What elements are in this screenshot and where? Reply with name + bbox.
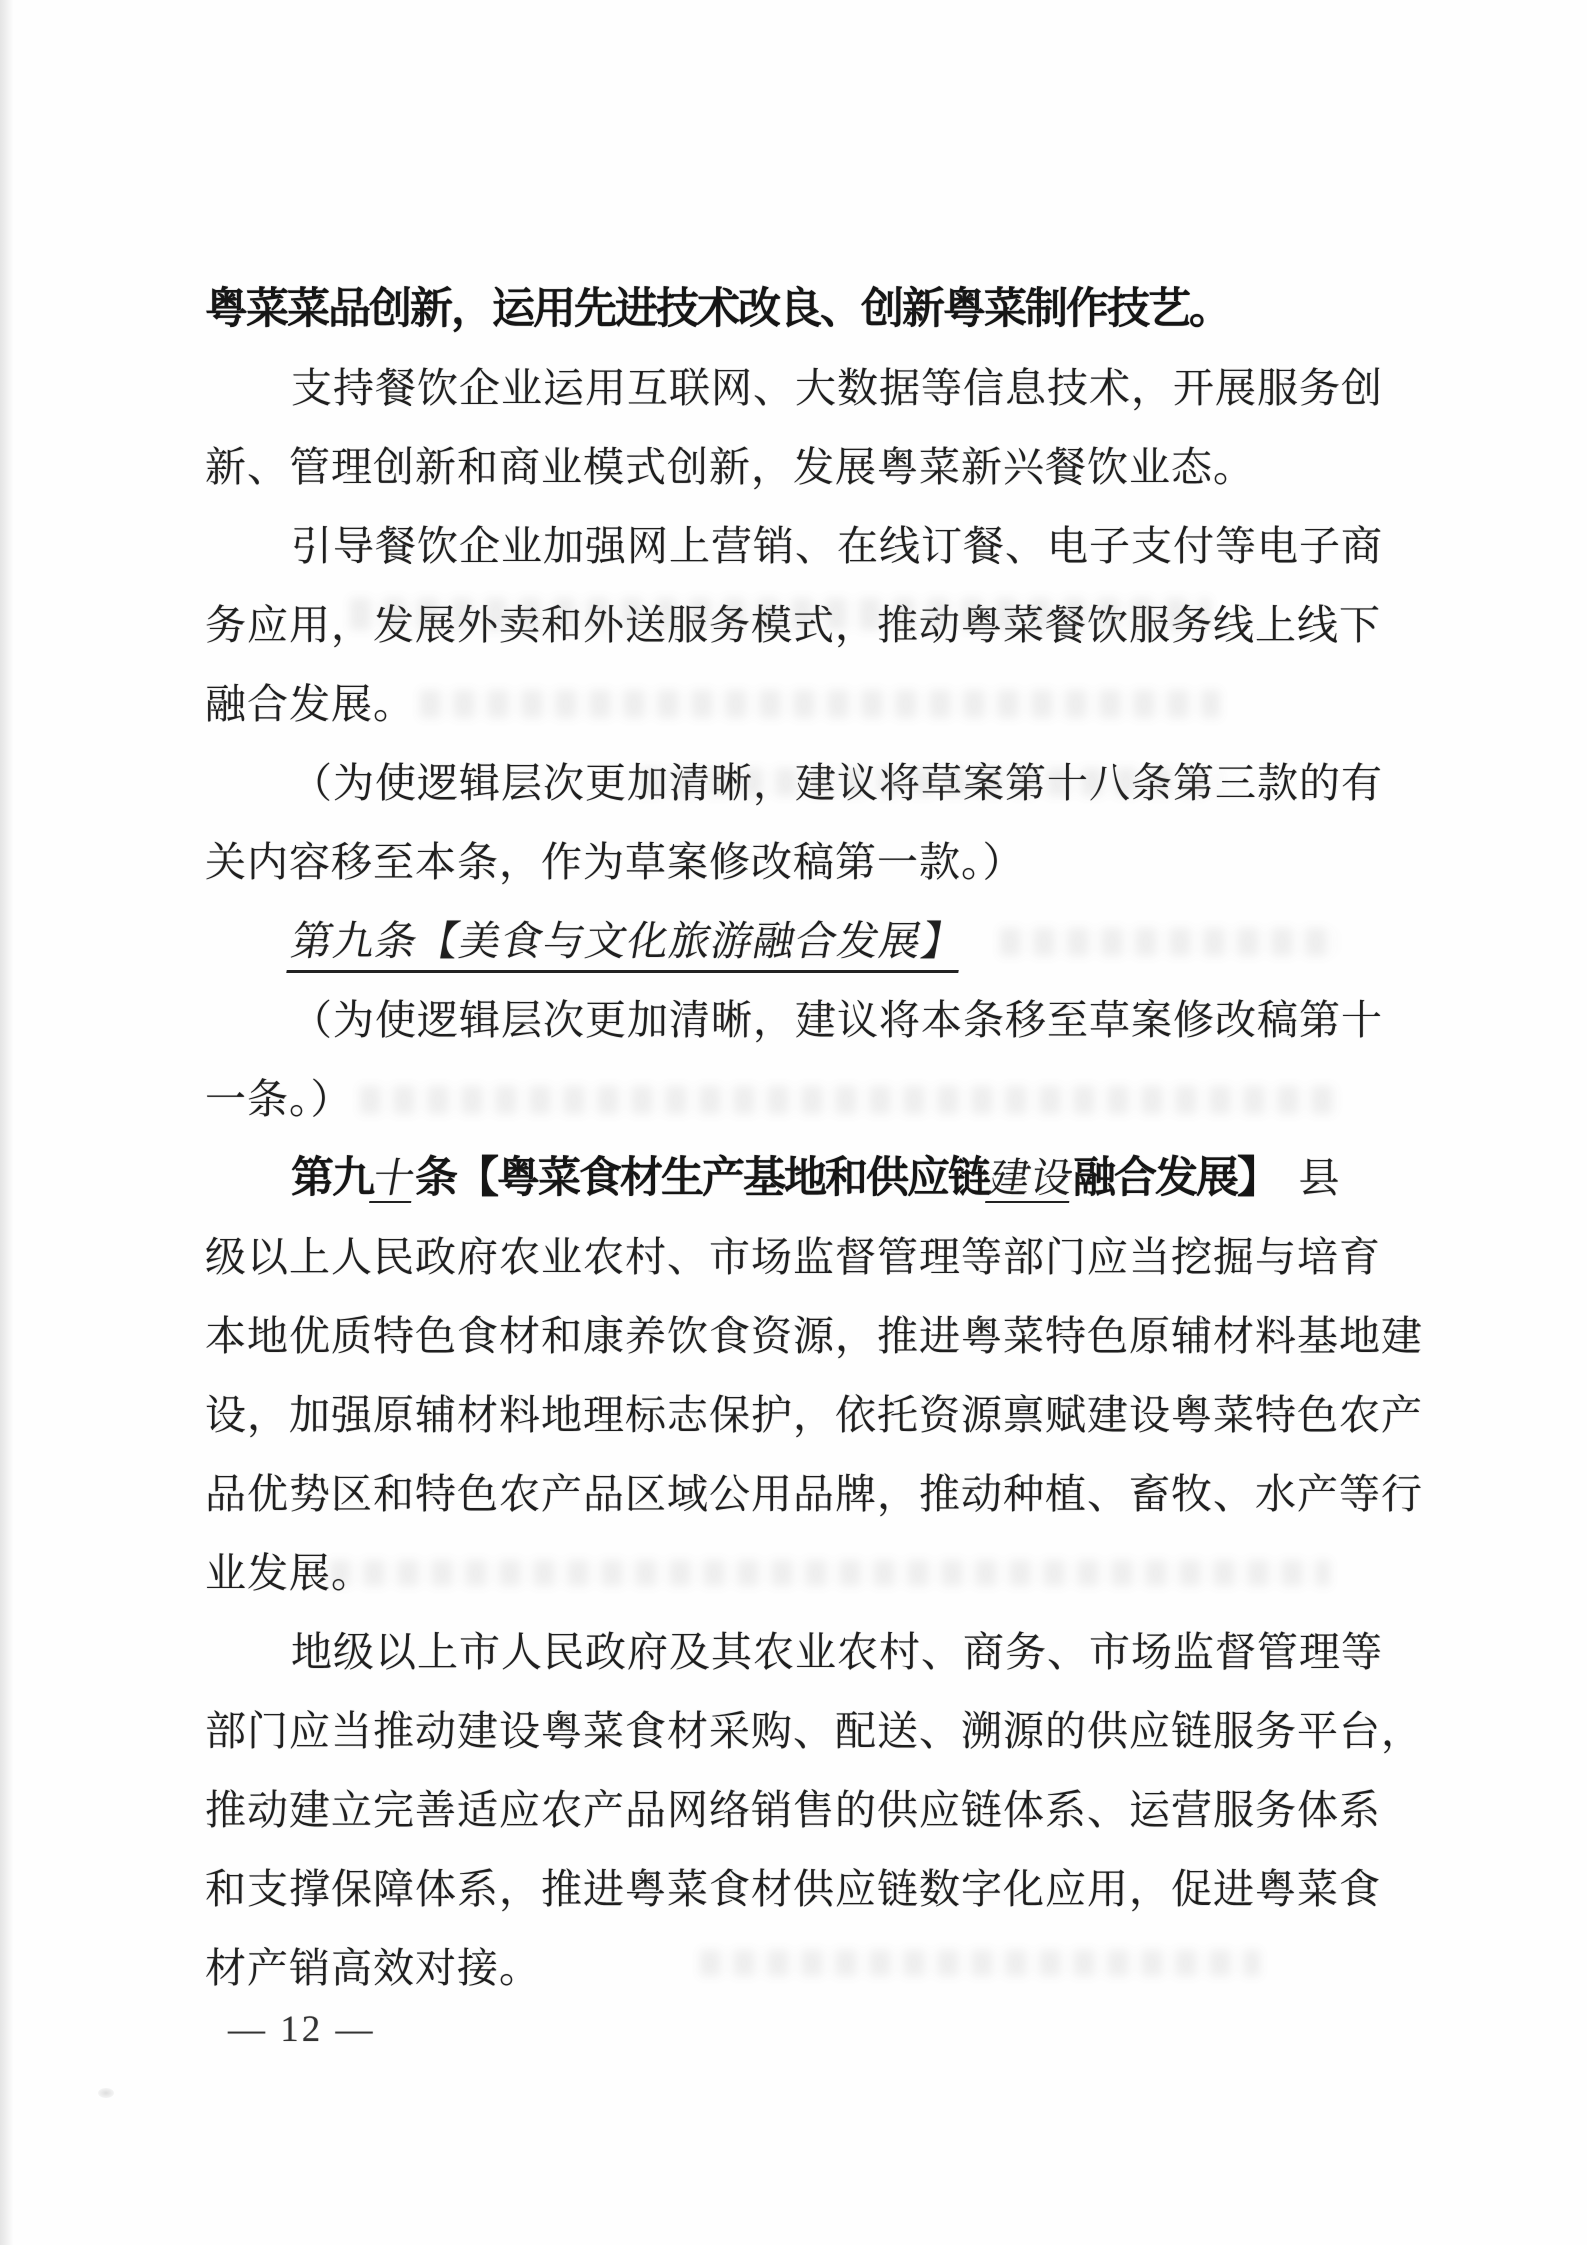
text-run-fs: 设，加强原辅材料地理标志保护，依托资源禀赋建设粤菜特色农产 <box>205 1392 1423 1438</box>
text-line: 支持餐饮企业运用互联网、大数据等信息技术，开展服务创 <box>205 349 1385 428</box>
text-run-fs: 支持餐饮企业运用互联网、大数据等信息技术，开展服务创 <box>291 365 1383 411</box>
text-line: 第九条【美食与文化旅游融合发展】 <box>205 902 1385 981</box>
text-line: 品优势区和特色农产品区域公用品牌，推动种植、畜牧、水产等行 <box>205 1455 1385 1534</box>
text-run-ins: 十 <box>369 1158 419 1203</box>
text-run-fs: （为使逻辑层次更加清晰，建议将本条移至草案修改稿第十 <box>291 997 1383 1043</box>
text-run-fs: 引导餐饮企业加强网上营销、在线订餐、电子支付等电子商 <box>291 523 1383 569</box>
text-run-fs: 推动建立完善适应农产品网络销售的供应链体系、运营服务体系 <box>205 1787 1381 1833</box>
text-run-insTitle: 第九条【美食与文化旅游融合发展】 <box>286 919 968 973</box>
text-line: 一条。） <box>205 1060 1385 1139</box>
text-line: 务应用，发展外卖和外送服务模式，推动粤菜餐饮服务线上线下 <box>205 586 1385 665</box>
text-line: 级以上人民政府农业农村、市场监督管理等部门应当挖掘与培育 <box>205 1218 1385 1297</box>
text-run-fs: （为使逻辑层次更加清晰，建议将草案第十八条第三款的有 <box>291 760 1383 806</box>
text-run-fs: 关内容移至本条，作为草案修改稿第一款。） <box>205 839 1025 885</box>
text-line: 引导餐饮企业加强网上营销、在线订餐、电子支付等电子商 <box>205 507 1385 586</box>
text-run-fs: 级以上人民政府农业农村、市场监督管理等部门应当挖掘与培育 <box>205 1234 1381 1280</box>
page-number: — 12 — <box>228 2008 376 2052</box>
text-run-fs: 地级以上市人民政府及其农业农村、商务、市场监督管理等 <box>291 1629 1383 1675</box>
text-line: 和支撑保障体系，推进粤菜食材供应链数字化应用，促进粤菜食 <box>205 1850 1385 1929</box>
text-run-fs: 和支撑保障体系，推进粤菜食材供应链数字化应用，促进粤菜食 <box>205 1866 1381 1912</box>
text-line: 设，加强原辅材料地理标志保护，依托资源禀赋建设粤菜特色农产 <box>205 1376 1385 1455</box>
scan-edge-shading <box>0 0 14 2245</box>
text-run-hei: 第九 <box>291 1154 373 1202</box>
text-run-fs: 本地优质特色食材和康养饮食资源，推进粤菜特色原辅材料基地建 <box>205 1313 1423 1359</box>
text-line: 地级以上市人民政府及其农业农村、商务、市场监督管理等 <box>205 1613 1385 1692</box>
text-run-fs: 新、管理创新和商业模式创新，发展粤菜新兴餐饮业态。 <box>205 444 1255 490</box>
text-line: 材产销高效对接。 <box>205 1929 1385 2008</box>
text-line: （为使逻辑层次更加清晰，建议将草案第十八条第三款的有 <box>205 744 1385 823</box>
text-run-fs: 县 <box>1257 1155 1341 1201</box>
text-run-hei: 条【粤菜食材生产基地和供应链 <box>415 1154 989 1202</box>
text-run-fs: 业发展。 <box>205 1550 373 1596</box>
scanned-document-page: { "ink_color": "#1f1f1f", "paper_color":… <box>0 0 1587 2245</box>
text-run-hei: 粤菜菜品创新，运用先进技术改良、创新粤菜制作技艺。 <box>205 285 1230 333</box>
scan-speck-artifact <box>98 2088 114 2098</box>
text-line: 本地优质特色食材和康养饮食资源，推进粤菜特色原辅材料基地建 <box>205 1297 1385 1376</box>
text-run-fs: 一条。） <box>205 1076 353 1122</box>
text-line: 新、管理创新和商业模式创新，发展粤菜新兴餐饮业态。 <box>205 428 1385 507</box>
text-run-fs: 务应用，发展外卖和外送服务模式，推动粤菜餐饮服务线上线下 <box>205 602 1381 648</box>
text-run-fs: 融合发展。 <box>205 681 415 727</box>
text-run-fs: 品优势区和特色农产品区域公用品牌，推动种植、畜牧、水产等行 <box>205 1471 1423 1517</box>
text-line: 业发展。 <box>205 1534 1385 1613</box>
text-line: 融合发展。 <box>205 665 1385 744</box>
text-line: （为使逻辑层次更加清晰，建议将本条移至草案修改稿第十 <box>205 981 1385 1060</box>
text-line: 推动建立完善适应农产品网络销售的供应链体系、运营服务体系 <box>205 1771 1385 1850</box>
text-line: 关内容移至本条，作为草案修改稿第一款。） <box>205 823 1385 902</box>
text-line: 第九十条【粤菜食材生产基地和供应链建设融合发展】 县 <box>205 1139 1385 1218</box>
document-text-block: 粤菜菜品创新，运用先进技术改良、创新粤菜制作技艺。支持餐饮企业运用互联网、大数据… <box>205 270 1385 2008</box>
text-line: 部门应当推动建设粤菜食材采购、配送、溯源的供应链服务平台， <box>205 1692 1385 1771</box>
text-run-fs: 材产销高效对接。 <box>205 1945 541 1991</box>
text-run-hei: 融合发展】 <box>1073 1154 1257 1202</box>
text-run-fs: 部门应当推动建设粤菜食材采购、配送、溯源的供应链服务平台， <box>205 1708 1423 1754</box>
text-line: 粤菜菜品创新，运用先进技术改良、创新粤菜制作技艺。 <box>205 270 1385 349</box>
text-run-ins: 建设 <box>985 1158 1077 1203</box>
